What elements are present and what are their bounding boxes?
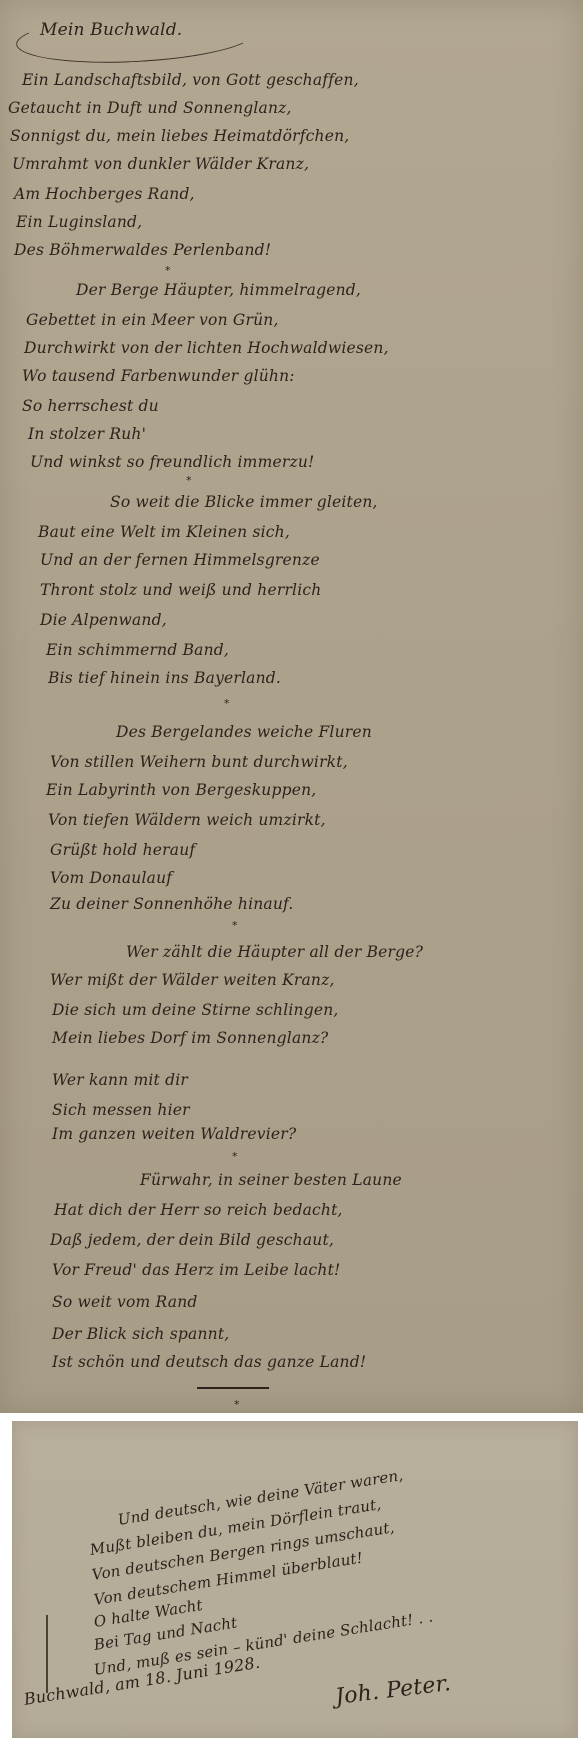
poem-line: Von tiefen Wäldern weich umzirkt, <box>48 810 326 830</box>
poem-line: Zu deiner Sonnenhöhe hinauf. <box>50 894 294 914</box>
poem-line: Fürwahr, in seiner besten Laune <box>140 1170 402 1190</box>
poem-line: Der Blick sich spannt, <box>52 1324 229 1344</box>
page-gap <box>0 1413 583 1421</box>
poem-line: Durchwirkt von der lichten Hochwaldwiese… <box>24 338 389 358</box>
poem-line: Des Böhmerwaldes Perlenband! <box>14 240 271 260</box>
poem-line: Vom Donaulauf <box>50 868 172 888</box>
stanza-separator-star: * <box>232 1150 238 1163</box>
poem-line: Getaucht in Duft und Sonnenglanz, <box>8 98 292 118</box>
poem-line: Wer kann mit dir <box>52 1070 188 1090</box>
poem-line: Der Berge Häupter, himmelragend, <box>76 280 361 300</box>
poem-line: Grüßt hold herauf <box>50 840 195 860</box>
margin-pencil-line <box>46 1615 48 1693</box>
stanza-separator-star: * <box>232 919 238 932</box>
poem-line: Des Bergelandes weiche Fluren <box>116 722 372 742</box>
poem-line: In stolzer Ruh' <box>28 424 146 444</box>
poem-line: Sonnigst du, mein liebes Heimatdörfchen, <box>10 126 349 146</box>
poem-line: Sich messen hier <box>52 1100 190 1120</box>
poem-line: Wer mißt der Wälder weiten Kranz, <box>50 970 335 990</box>
poem-title: Mein Buchwald. <box>40 20 182 40</box>
poem-line: Wer zählt die Häupter all der Berge? <box>126 942 423 962</box>
deutsch-underline <box>197 1387 269 1389</box>
poem-line: Gebettet in ein Meer von Grün, <box>26 310 279 330</box>
poem-line: Von stillen Weihern bunt durchwirkt, <box>50 752 348 772</box>
poem-line: So herrschest du <box>22 396 159 416</box>
poem-line: Umrahmt von dunkler Wälder Kranz, <box>12 154 309 174</box>
poem-line: Und winkst so freundlich immerzu! <box>30 452 314 472</box>
poem-line: Ist schön und deutsch das ganze Land! <box>52 1352 366 1372</box>
poem-line: Und an der fernen Himmelsgrenze <box>40 550 320 570</box>
poem-line: Bis tief hinein ins Bayerland. <box>48 668 281 688</box>
stanza-separator-star: * <box>186 474 192 487</box>
poem-line: So weit vom Rand <box>52 1292 198 1312</box>
stanza-separator-star: * <box>165 264 171 277</box>
poem-line: Thront stolz und weiß und herrlich <box>40 580 321 600</box>
poem-line: Baut eine Welt im Kleinen sich, <box>38 522 290 542</box>
poem-line: Wo tausend Farbenwunder glühn: <box>22 366 295 386</box>
poem-line: Mein liebes Dorf im Sonnenglanz? <box>52 1028 328 1048</box>
poem-line: Hat dich der Herr so reich bedacht, <box>54 1200 343 1220</box>
poem-line: Ein Luginsland, <box>16 212 142 232</box>
poem-line: Die Alpenwand, <box>40 610 167 630</box>
poem-line: Ein Landschaftsbild, von Gott geschaffen… <box>22 70 359 90</box>
poem-line: Ein Labyrinth von Bergeskuppen, <box>46 780 316 800</box>
poem-line: So weit die Blicke immer gleiten, <box>110 492 378 512</box>
poem-line: Daß jedem, der dein Bild geschaut, <box>50 1230 334 1250</box>
poem-line: Im ganzen weiten Waldrevier? <box>52 1124 296 1144</box>
stanza-separator-star: * <box>224 697 230 710</box>
stanza-separator-star: * <box>234 1398 240 1411</box>
poem-line: Am Hochberges Rand, <box>14 184 195 204</box>
poem-line: Vor Freud' das Herz im Leibe lacht! <box>52 1260 340 1280</box>
poem-line: Die sich um deine Stirne schlingen, <box>52 1000 339 1020</box>
poem-line: Ein schimmernd Band, <box>46 640 229 660</box>
